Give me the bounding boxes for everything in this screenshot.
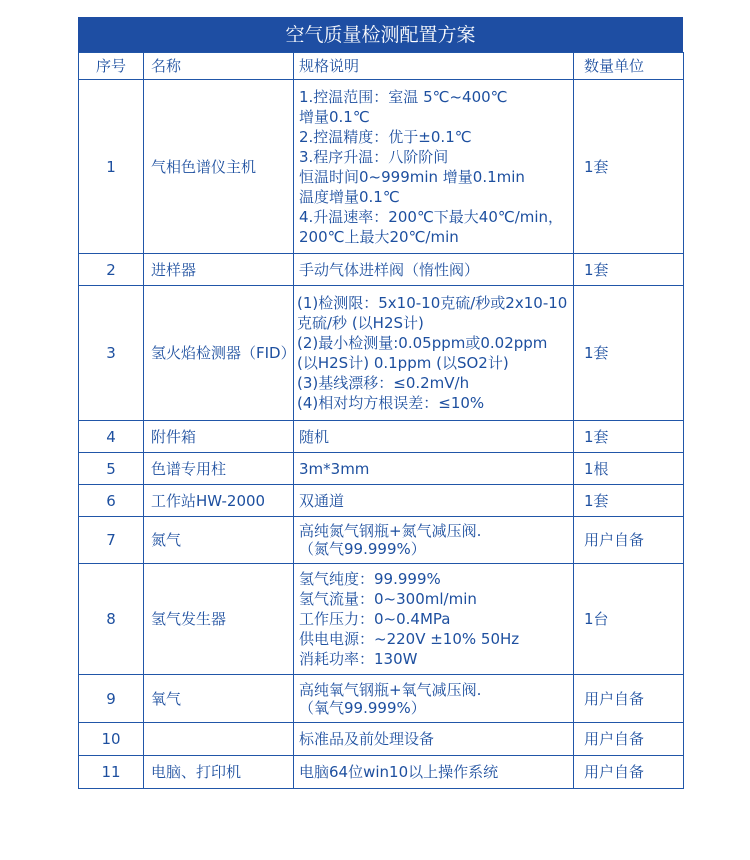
table-row: 11 电脑、打印机 电脑64位win10以上操作系统 用户自备 bbox=[79, 756, 684, 789]
spec-line: 增量0.1℃ bbox=[299, 107, 568, 127]
table-row: 9 氧气 高纯氧气钢瓶+氧气减压阀. （氧气99.999%） 用户自备 bbox=[79, 675, 684, 723]
spec-line: (3)基线漂移：≤0.2mV/h bbox=[297, 373, 568, 393]
table-row: 4 附件箱 随机 1套 bbox=[79, 421, 684, 453]
row-name: 氮气 bbox=[144, 517, 294, 564]
table-row: 1 气相色谱仪主机 1.控温范围：室温 5℃~400℃ 增量0.1℃ 2.控温精… bbox=[79, 80, 684, 254]
spec-line: 2.控温精度：优于±0.1℃ bbox=[299, 127, 568, 147]
row-spec: 1.控温范围：室温 5℃~400℃ 增量0.1℃ 2.控温精度：优于±0.1℃ … bbox=[294, 80, 574, 254]
spec-line: 4.升温速率：200℃下最大40℃/min， bbox=[299, 207, 568, 227]
row-index: 11 bbox=[79, 756, 144, 789]
spec-line: (1)检测限：5x10-10克硫/秒或2x10-10 bbox=[297, 293, 568, 313]
table-row: 3 氢火焰检测器（FID） (1)检测限：5x10-10克硫/秒或2x10-10… bbox=[79, 286, 684, 421]
table-title: 空气质量检测配置方案 bbox=[78, 17, 683, 52]
spec-line: 随机 bbox=[299, 427, 568, 447]
row-name: 工作站HW-2000 bbox=[144, 485, 294, 517]
table-row: 10 标准品及前处理设备 用户自备 bbox=[79, 723, 684, 756]
spec-line: 消耗功率：130W bbox=[299, 649, 568, 669]
row-unit: 用户自备 bbox=[574, 517, 684, 564]
row-spec: 氢气纯度：99.999% 氢气流量：0~300ml/min 工作压力：0~0.4… bbox=[294, 564, 574, 675]
row-index: 9 bbox=[79, 675, 144, 723]
spec-line: 3.程序升温：八阶阶间 bbox=[299, 147, 568, 167]
spec-line: 恒温时间0~999min 增量0.1min bbox=[299, 167, 568, 187]
row-unit: 1套 bbox=[574, 254, 684, 286]
row-index: 1 bbox=[79, 80, 144, 254]
header-spec: 规格说明 bbox=[294, 53, 574, 80]
row-index: 5 bbox=[79, 453, 144, 485]
row-index: 6 bbox=[79, 485, 144, 517]
row-spec: 手动气体进样阀（惰性阀） bbox=[294, 254, 574, 286]
row-index: 8 bbox=[79, 564, 144, 675]
row-unit: 1套 bbox=[574, 286, 684, 421]
row-index: 4 bbox=[79, 421, 144, 453]
row-name: 氢气发生器 bbox=[144, 564, 294, 675]
spec-line: 高纯氧气钢瓶+氧气减压阀. bbox=[299, 681, 568, 699]
row-unit: 1台 bbox=[574, 564, 684, 675]
spec-line: （氧气99.999%） bbox=[299, 699, 568, 717]
row-name: 色谱专用柱 bbox=[144, 453, 294, 485]
spec-line: （氮气99.999%） bbox=[299, 540, 568, 558]
row-spec: 电脑64位win10以上操作系统 bbox=[294, 756, 574, 789]
table-row: 5 色谱专用柱 3m*3mm 1根 bbox=[79, 453, 684, 485]
spec-line: 双通道 bbox=[299, 491, 568, 511]
spec-line: 高纯氮气钢瓶+氮气减压阀. bbox=[299, 522, 568, 540]
row-name: 电脑、打印机 bbox=[144, 756, 294, 789]
row-name: 气相色谱仪主机 bbox=[144, 80, 294, 254]
row-spec: 标准品及前处理设备 bbox=[294, 723, 574, 756]
row-name: 进样器 bbox=[144, 254, 294, 286]
spec-line: 标准品及前处理设备 bbox=[299, 729, 568, 749]
table-row: 2 进样器 手动气体进样阀（惰性阀） 1套 bbox=[79, 254, 684, 286]
spec-line: 手动气体进样阀（惰性阀） bbox=[299, 260, 568, 280]
row-index: 7 bbox=[79, 517, 144, 564]
spec-line: 温度增量0.1℃ bbox=[299, 187, 568, 207]
header-index: 序号 bbox=[79, 53, 144, 80]
header-unit: 数量单位 bbox=[574, 53, 684, 80]
table-row: 6 工作站HW-2000 双通道 1套 bbox=[79, 485, 684, 517]
row-unit: 用户自备 bbox=[574, 723, 684, 756]
row-spec: 高纯氧气钢瓶+氧气减压阀. （氧气99.999%） bbox=[294, 675, 574, 723]
spec-line: 氢气流量：0~300ml/min bbox=[299, 589, 568, 609]
row-unit: 1根 bbox=[574, 453, 684, 485]
spec-line: (以H2S计) 0.1ppm (以SO2计) bbox=[297, 353, 568, 373]
spec-line: 氢气纯度：99.999% bbox=[299, 569, 568, 589]
row-unit: 1套 bbox=[574, 80, 684, 254]
row-unit: 1套 bbox=[574, 485, 684, 517]
config-table: 序号 名称 规格说明 数量单位 1 气相色谱仪主机 1.控温范围：室温 5℃~4… bbox=[78, 52, 684, 789]
spec-line: 电脑64位win10以上操作系统 bbox=[299, 762, 568, 782]
spec-line: 克硫/秒 (以H2S计) bbox=[297, 313, 568, 333]
row-spec: 双通道 bbox=[294, 485, 574, 517]
header-row: 序号 名称 规格说明 数量单位 bbox=[79, 53, 684, 80]
row-spec: (1)检测限：5x10-10克硫/秒或2x10-10 克硫/秒 (以H2S计) … bbox=[294, 286, 574, 421]
spec-line: 1.控温范围：室温 5℃~400℃ bbox=[299, 87, 568, 107]
spec-line: 200℃上最大20℃/min bbox=[299, 227, 568, 247]
row-spec: 3m*3mm bbox=[294, 453, 574, 485]
header-name: 名称 bbox=[144, 53, 294, 80]
row-unit: 用户自备 bbox=[574, 675, 684, 723]
row-spec: 随机 bbox=[294, 421, 574, 453]
row-name bbox=[144, 723, 294, 756]
spec-line: 工作压力：0~0.4MPa bbox=[299, 609, 568, 629]
table-row: 8 氢气发生器 氢气纯度：99.999% 氢气流量：0~300ml/min 工作… bbox=[79, 564, 684, 675]
row-index: 2 bbox=[79, 254, 144, 286]
spec-line: 3m*3mm bbox=[299, 459, 568, 479]
row-unit: 1套 bbox=[574, 421, 684, 453]
row-index: 10 bbox=[79, 723, 144, 756]
spec-line: (2)最小检测量:0.05ppm或0.02ppm bbox=[297, 333, 568, 353]
row-spec: 高纯氮气钢瓶+氮气减压阀. （氮气99.999%） bbox=[294, 517, 574, 564]
spec-line: 供电电源：~220V ±10% 50Hz bbox=[299, 629, 568, 649]
spec-line: (4)相对均方根误差：≤10% bbox=[297, 393, 568, 413]
row-name: 氧气 bbox=[144, 675, 294, 723]
row-unit: 用户自备 bbox=[574, 756, 684, 789]
table-row: 7 氮气 高纯氮气钢瓶+氮气减压阀. （氮气99.999%） 用户自备 bbox=[79, 517, 684, 564]
row-index: 3 bbox=[79, 286, 144, 421]
row-name: 氢火焰检测器（FID） bbox=[144, 286, 294, 421]
row-name: 附件箱 bbox=[144, 421, 294, 453]
config-table-container: 空气质量检测配置方案 序号 名称 规格说明 数量单位 1 气相色谱仪主机 1.控… bbox=[78, 17, 683, 789]
